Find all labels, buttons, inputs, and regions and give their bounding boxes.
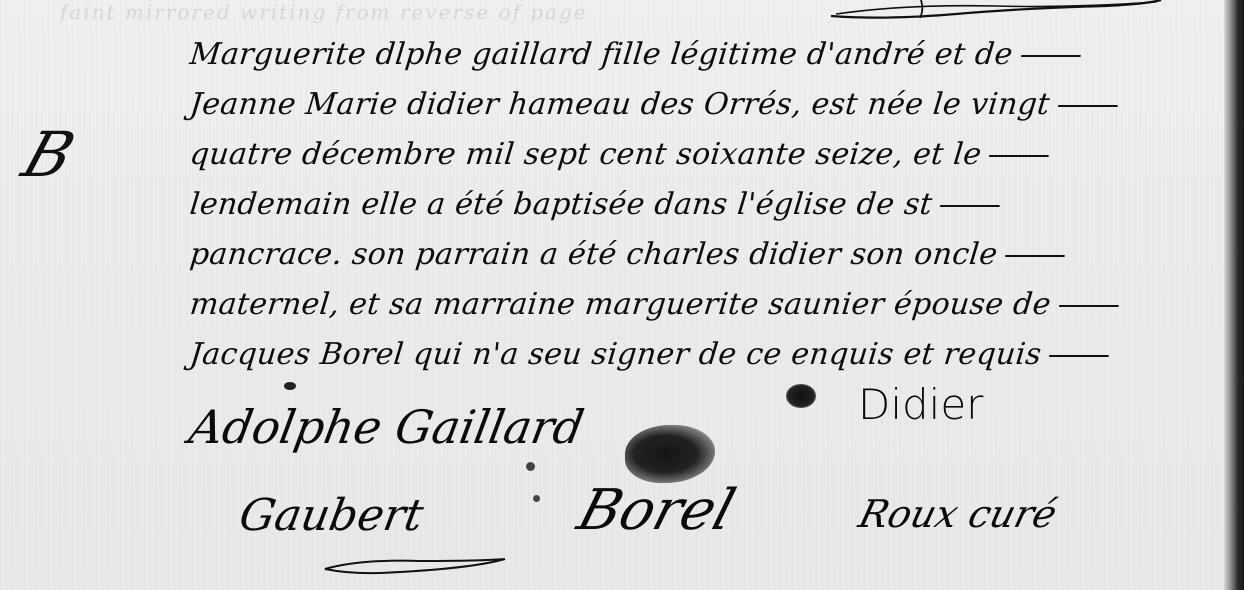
line-filler-stroke xyxy=(1059,305,1119,307)
register-page: faint mirrored writing from reverse of p… xyxy=(0,0,1244,590)
top-flourish-stroke xyxy=(826,0,1166,22)
entry-line-text: quatre décembre mil sept cent soixante s… xyxy=(188,137,983,172)
signature-underline-flourish xyxy=(320,555,510,575)
entry-line-text: Jeanne Marie didier hameau des Orrés, es… xyxy=(188,87,1051,122)
signature-didier: Didier xyxy=(858,380,983,429)
entry-line-6: maternel, et sa marraine marguerite saun… xyxy=(187,280,1202,330)
page-binding-shadow xyxy=(1224,0,1244,590)
margin-baptism-mark: B xyxy=(14,118,83,191)
signature-roux-cure: Roux curé xyxy=(855,492,1062,536)
signatures-block: Adolphe Gaillard Didier Gaubert Borel Ro… xyxy=(0,380,1244,590)
line-filler-stroke xyxy=(1049,355,1109,357)
entry-line-text: pancrace. son parrain a été charles didi… xyxy=(188,237,999,272)
baptism-entry-text: Marguerite dlphe gaillard fille légitime… xyxy=(190,30,1200,380)
entry-line-1: Marguerite dlphe gaillard fille légitime… xyxy=(187,30,1202,80)
line-filler-stroke xyxy=(1005,255,1065,257)
entry-line-7: Jacques Borel qui n'a seu signer de ce e… xyxy=(187,330,1202,380)
entry-line-3: quatre décembre mil sept cent soixante s… xyxy=(187,130,1202,180)
entry-line-2: Jeanne Marie didier hameau des Orrés, es… xyxy=(187,80,1202,130)
entry-line-text: maternel, et sa marraine marguerite saun… xyxy=(188,287,1052,322)
entry-line-text: Jacques Borel qui n'a seu signer de ce e… xyxy=(188,337,1043,372)
signature-gaillard: Adolphe Gaillard xyxy=(185,400,588,454)
entry-line-4: lendemain elle a été baptisée dans l'égl… xyxy=(187,180,1202,230)
line-filler-stroke xyxy=(1020,55,1080,57)
signature-borel: Borel xyxy=(571,478,742,543)
entry-line-text: lendemain elle a été baptisée dans l'égl… xyxy=(188,187,934,222)
entry-line-5: pancrace. son parrain a été charles didi… xyxy=(187,230,1202,280)
line-filler-stroke xyxy=(989,155,1049,157)
entry-line-text: Marguerite dlphe gaillard fille légitime… xyxy=(188,37,1014,72)
line-filler-stroke xyxy=(940,205,1000,207)
line-filler-stroke xyxy=(1057,105,1117,107)
signature-gaubert: Gaubert xyxy=(236,490,428,541)
